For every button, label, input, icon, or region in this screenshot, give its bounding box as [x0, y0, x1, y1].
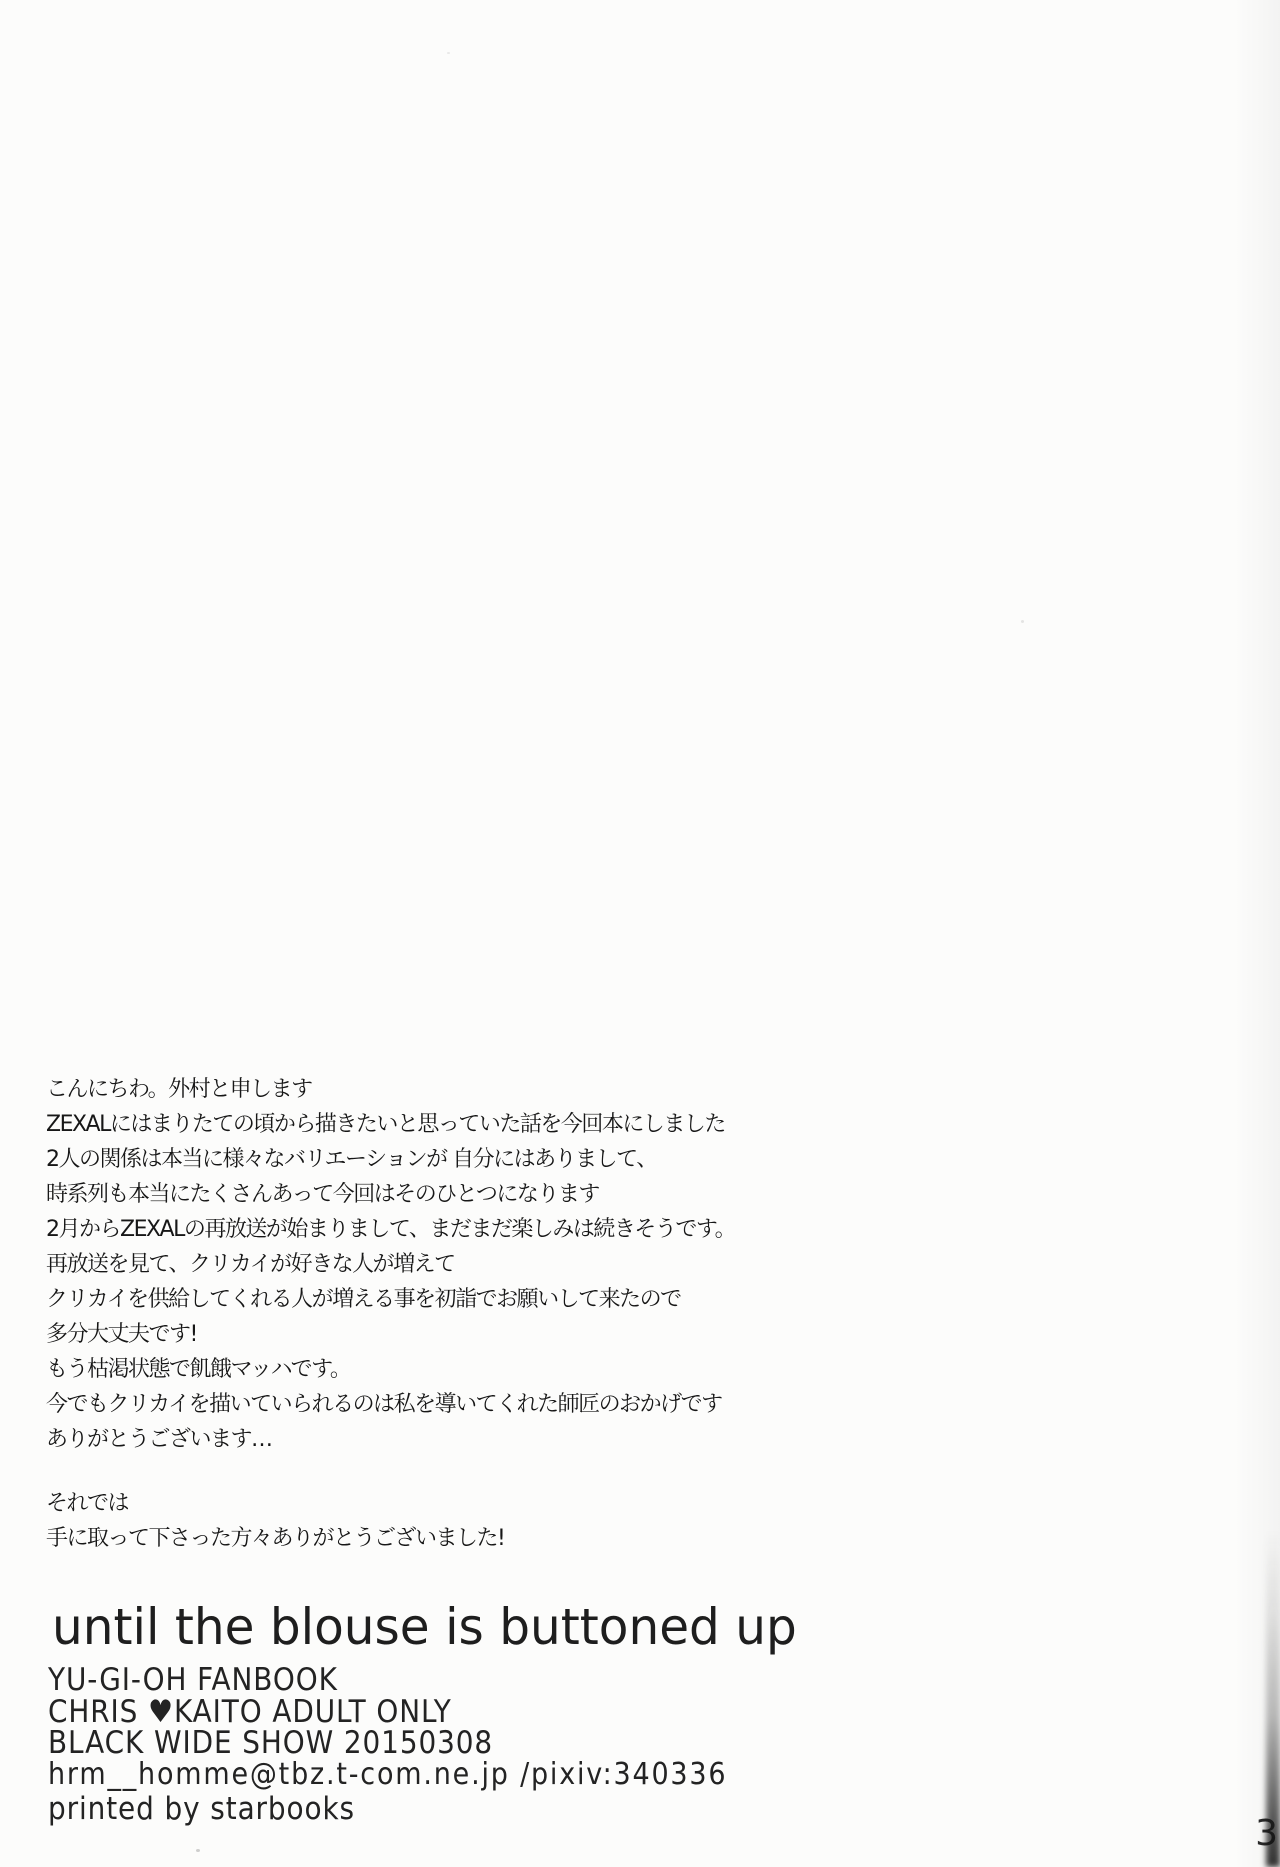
- afterword-line-3: 2人の関係は本当に様々なバリエーションが 自分にはありまして、: [46, 1142, 735, 1177]
- afterword-line-5: 2月からZEXALの再放送が始まりまして、まだまだ楽しみは続きそうです。: [46, 1212, 735, 1247]
- afterword-line-6: 再放送を見て、クリカイが好きな人が増えて: [46, 1247, 735, 1282]
- afterword-line-2: ZEXALにはまりたての頃から描きたいと思っていた話を今回本にしました: [46, 1107, 735, 1142]
- scan-speck: [447, 52, 450, 54]
- afterword-line-4: 時系列も本当にたくさんあって今回はそのひとつになります: [46, 1177, 735, 1212]
- colophon-pairing-line: CHRIS ♥KAITO ADULT ONLY: [48, 1697, 452, 1728]
- afterword-line-1: こんにちわ。外村と申します: [46, 1072, 735, 1107]
- colophon-fanbook-line: YU-GI-OH FANBOOK: [48, 1665, 338, 1696]
- closing-line-2: 手に取って下さった方々ありがとうございました!: [46, 1521, 504, 1556]
- afterword-line-9: もう枯渇状態で飢餓マッハです。: [46, 1352, 735, 1387]
- afterword-line-11: ありがとうございます…: [46, 1422, 735, 1457]
- closing-text-block: それでは 手に取って下さった方々ありがとうございました!: [46, 1486, 504, 1556]
- afterword-line-7: クリカイを供給してくれる人が増える事を初詣でお願いして来たので: [46, 1282, 735, 1317]
- book-title: until the blouse is buttoned up: [52, 1598, 797, 1656]
- colophon-contact-line: hrm__homme@tbz.t-com.ne.jp /pixiv:340336: [48, 1760, 727, 1790]
- afterword-text-block: こんにちわ。外村と申します ZEXALにはまりたての頃から描きたいと思っていた話…: [46, 1072, 735, 1457]
- afterword-line-8: 多分大丈夫です!: [46, 1317, 735, 1352]
- scan-speck: [1021, 620, 1024, 623]
- scanned-doujinshi-afterword-page: こんにちわ。外村と申します ZEXALにはまりたての頃から描きたいと思っていた話…: [0, 0, 1280, 1867]
- page-number: 3: [1255, 1813, 1278, 1854]
- scan-speck: [196, 1849, 200, 1852]
- colophon-printer-line: printed by starbooks: [48, 1794, 355, 1825]
- afterword-line-10: 今でもクリカイを描いていられるのは私を導いてくれた師匠のおかげです: [46, 1387, 735, 1422]
- closing-line-1: それでは: [46, 1486, 504, 1521]
- scan-edge-tint: [1234, 0, 1280, 1867]
- colophon-circle-date-line: BLACK WIDE SHOW 20150308: [48, 1728, 493, 1759]
